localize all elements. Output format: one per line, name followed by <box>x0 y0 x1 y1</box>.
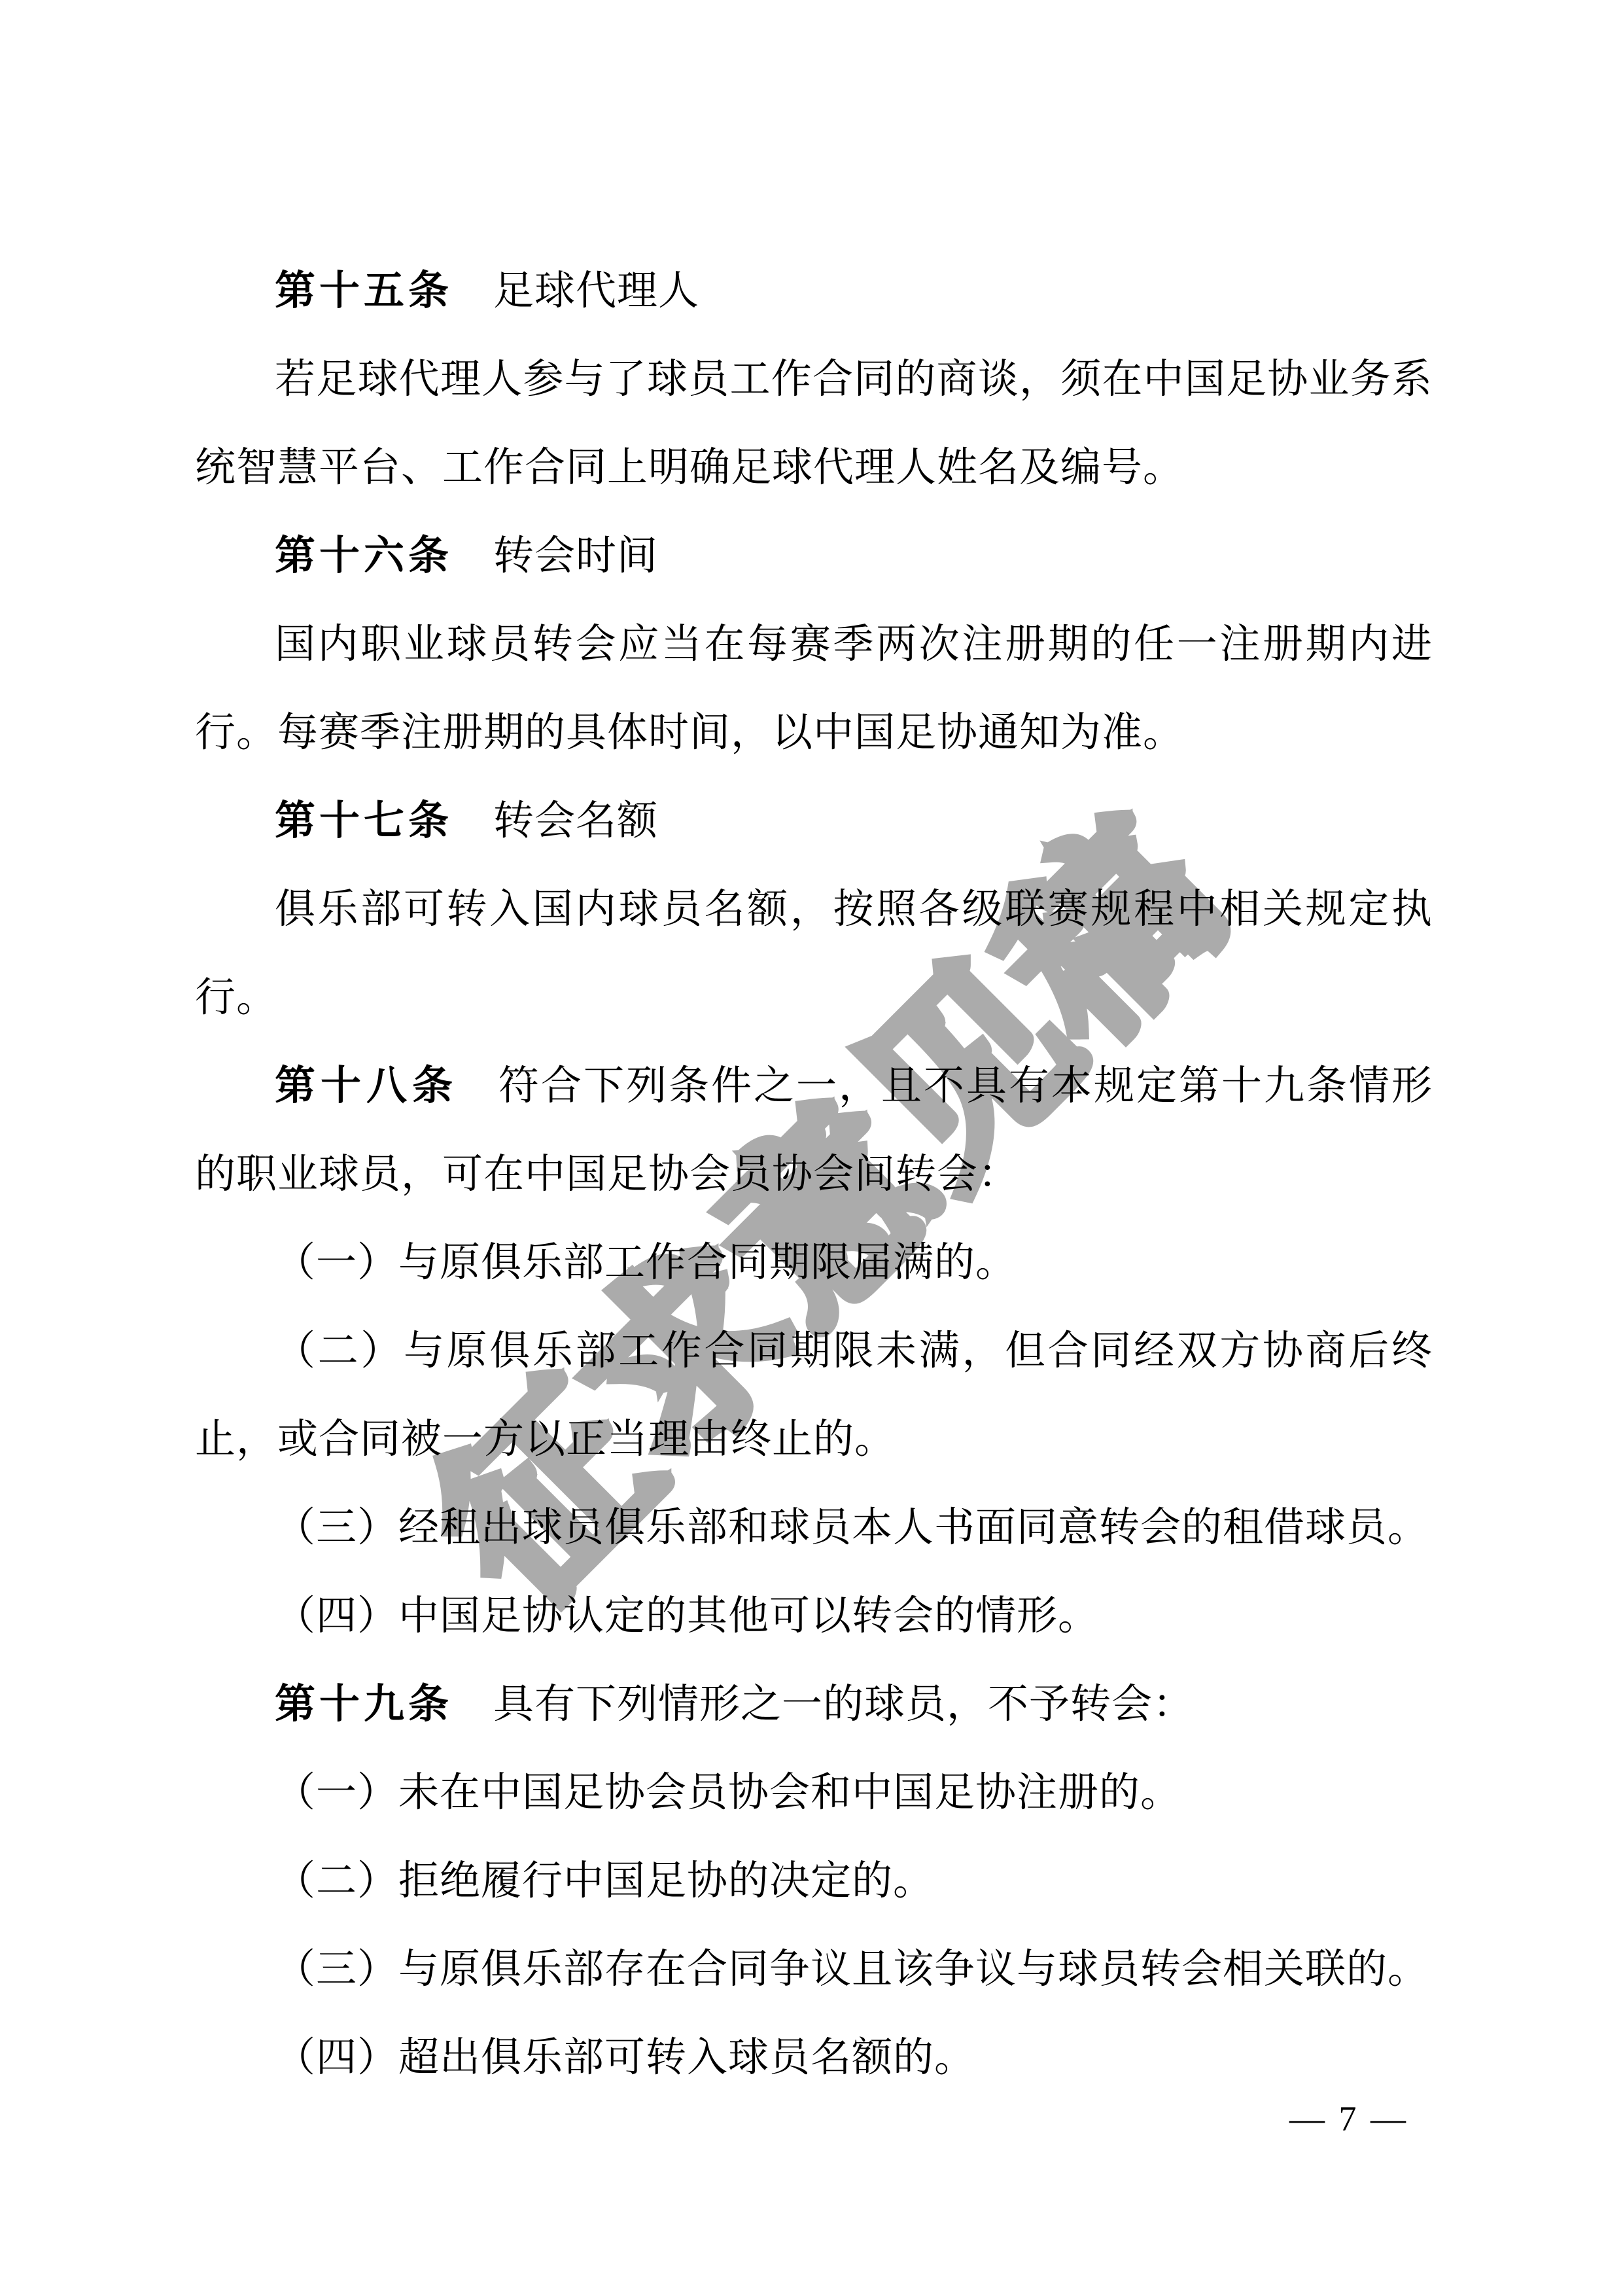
body-paragraph: （二）与原俱乐部工作合同期限未满，但合同经双方协商后终止，或合同被一方以正当理由… <box>195 1307 1433 1484</box>
body-paragraph: 若足球代理人参与了球员工作合同的商谈，须在中国足协业务系统智慧平台、工作合同上明… <box>195 336 1433 512</box>
article-heading-text: 转会名额 <box>493 799 658 843</box>
article-paragraph: 第十六条转会时间 <box>195 512 1433 601</box>
article-paragraph: 第十八条符合下列条件之一，且不具有本规定第十九条情形的职业球员，可在中国足协会员… <box>195 1042 1433 1219</box>
paragraph-text: 若足球代理人参与了球员工作合同的商谈，须在中国足协业务系统智慧平台、工作合同上明… <box>195 357 1433 490</box>
page-number: — 7 — <box>1289 2099 1408 2138</box>
paragraph-text: （四）中国足协认定的其他可以转会的情形。 <box>275 1594 1099 1638</box>
article-paragraph: 第十五条足球代理人 <box>195 247 1433 336</box>
body-paragraph: （一）未在中国足协会员协会和中国足协注册的。 <box>195 1749 1433 1837</box>
article-heading-text: 转会时间 <box>493 534 658 578</box>
article-heading-text: 足球代理人 <box>493 269 699 313</box>
body-paragraph: 俱乐部可转入国内球员名额，按照各级联赛规程中相关规定执行。 <box>195 866 1433 1042</box>
paragraph-text: （二）拒绝履行中国足协的决定的。 <box>275 1859 934 1903</box>
body-paragraph: （二）拒绝履行中国足协的决定的。 <box>195 1837 1433 1926</box>
paragraph-text: 俱乐部可转入国内球员名额，按照各级联赛规程中相关规定执行。 <box>195 887 1433 1020</box>
body-paragraph: （三）与原俱乐部存在合同争议且该争议与球员转会相关联的。 <box>195 1926 1433 2014</box>
paragraph-text: （四）超出俱乐部可转入球员名额的。 <box>275 2036 975 2080</box>
article-number-label: 第十六条 <box>275 534 453 578</box>
article-number-label: 第十七条 <box>275 799 453 843</box>
paragraph-text: （三）与原俱乐部存在合同争议且该争议与球员转会相关联的。 <box>275 1947 1429 1992</box>
paragraph-text: 国内职业球员转会应当在每赛季两次注册期的任一注册期内进行。每赛季注册期的具体时间… <box>195 622 1433 755</box>
article-heading-text: 具有下列情形之一的球员，不予转会： <box>493 1682 1194 1727</box>
body-paragraph: 国内职业球员转会应当在每赛季两次注册期的任一注册期内进行。每赛季注册期的具体时间… <box>195 601 1433 777</box>
article-number-label: 第十八条 <box>275 1064 458 1108</box>
body-paragraph: （四）中国足协认定的其他可以转会的情形。 <box>195 1572 1433 1661</box>
document-content: 第十五条足球代理人若足球代理人参与了球员工作合同的商谈，须在中国足协业务系统智慧… <box>195 247 1433 2102</box>
page-footer: — 7 — <box>1289 2093 1408 2145</box>
article-number-label: 第十九条 <box>275 1682 453 1727</box>
article-paragraph: 第十七条转会名额 <box>195 777 1433 866</box>
article-number-label: 第十五条 <box>275 269 453 313</box>
paragraph-text: （二）与原俱乐部工作合同期限未满，但合同经双方协商后终止，或合同被一方以正当理由… <box>195 1329 1433 1462</box>
document-page: 征求意见稿 第十五条足球代理人若足球代理人参与了球员工作合同的商谈，须在中国足协… <box>0 0 1623 2296</box>
paragraph-text: （一）与原俱乐部工作合同期限届满的。 <box>275 1241 1017 1285</box>
body-paragraph: （三）经租出球员俱乐部和球员本人书面同意转会的租借球员。 <box>195 1484 1433 1572</box>
paragraph-text: （一）未在中国足协会员协会和中国足协注册的。 <box>275 1771 1181 1815</box>
body-paragraph: （一）与原俱乐部工作合同期限届满的。 <box>195 1219 1433 1307</box>
article-paragraph: 第十九条具有下列情形之一的球员，不予转会： <box>195 1661 1433 1749</box>
body-paragraph: （四）超出俱乐部可转入球员名额的。 <box>195 2014 1433 2102</box>
paragraph-text: （三）经租出球员俱乐部和球员本人书面同意转会的租借球员。 <box>275 1506 1429 1550</box>
